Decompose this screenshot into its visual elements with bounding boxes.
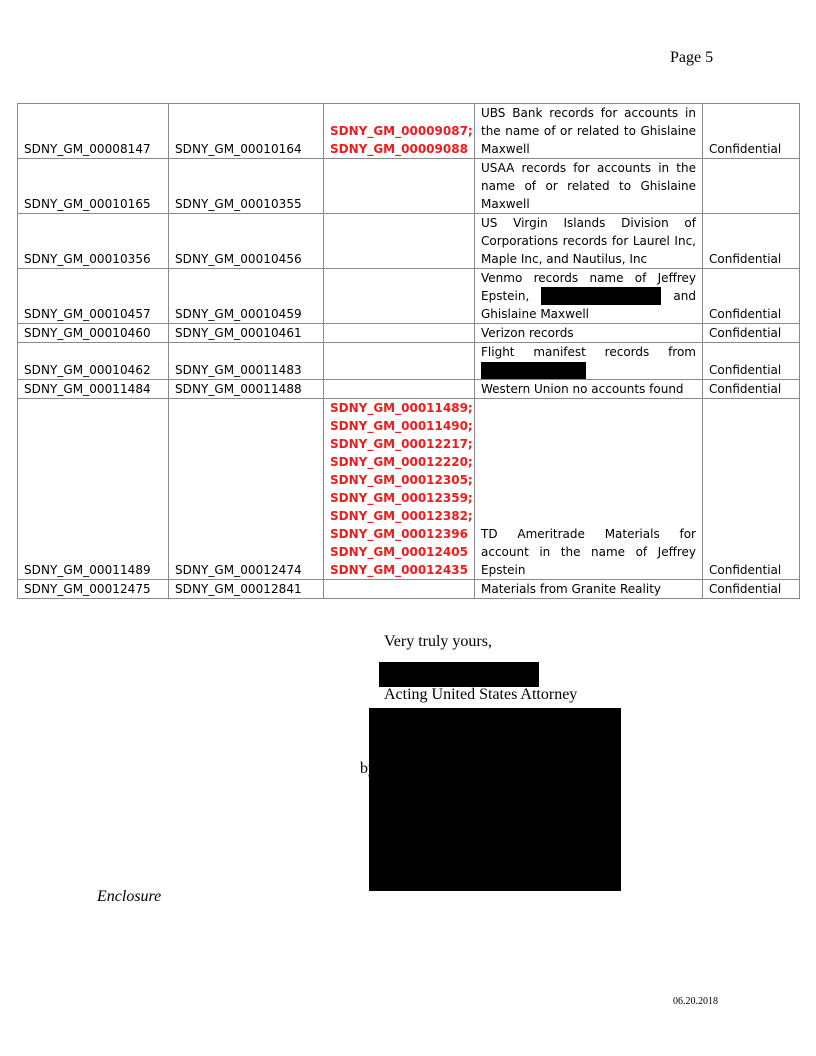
designation-cell: Confidential	[703, 214, 800, 269]
end-bates-cell: SDNY_GM_00011483	[169, 343, 324, 380]
table-row: SDNY_GM_00008147SDNY_GM_00010164SDNY_GM_…	[18, 104, 800, 159]
end-bates-cell: SDNY_GM_00010459	[169, 269, 324, 324]
begin-bates-cell: SDNY_GM_00010165	[18, 159, 169, 214]
prior-bates-number: SDNY_GM_00011489;	[330, 399, 468, 417]
table-row: SDNY_GM_00012475SDNY_GM_00012841Material…	[18, 580, 800, 599]
table-row: SDNY_GM_00010356SDNY_GM_00010456US Virgi…	[18, 214, 800, 269]
prior-bates-number: SDNY_GM_00012382;	[330, 507, 468, 525]
page-number: Page 5	[670, 49, 713, 67]
end-bates-cell: SDNY_GM_00010456	[169, 214, 324, 269]
description-text: USAA records for accounts in the name of…	[481, 159, 696, 213]
prior-bates-cell	[324, 214, 475, 269]
enclosure-label: Enclosure	[97, 888, 161, 906]
description-text: Materials from Granite Reality	[481, 580, 696, 598]
table-row: SDNY_GM_00010457SDNY_GM_00010459Venmo re…	[18, 269, 800, 324]
prior-bates-number: SDNY_GM_00012435	[330, 561, 468, 579]
description-cell: Flight manifest records from	[475, 343, 703, 380]
description-text: Verizon records	[481, 324, 696, 342]
end-bates-cell: SDNY_GM_00010355	[169, 159, 324, 214]
begin-bates-cell: SDNY_GM_00011489	[18, 399, 169, 580]
designation-cell: Confidential	[703, 580, 800, 599]
end-bates-cell: SDNY_GM_00012474	[169, 399, 324, 580]
table-row: SDNY_GM_00010462SDNY_GM_00011483Flight m…	[18, 343, 800, 380]
prior-bates-number: SDNY_GM_00012359;	[330, 489, 468, 507]
description-text: UBS Bank records for accounts in the nam…	[481, 104, 696, 158]
description-line	[481, 361, 696, 379]
begin-bates-cell: SDNY_GM_00010457	[18, 269, 169, 324]
prior-bates-number: SDNY_GM_00012305;	[330, 471, 468, 489]
description-text: and	[673, 287, 696, 305]
redacted-signer-name	[379, 662, 539, 687]
prior-bates-cell	[324, 324, 475, 343]
prior-bates-cell	[324, 343, 475, 380]
prior-bates-cell	[324, 380, 475, 399]
begin-bates-cell: SDNY_GM_00012475	[18, 580, 169, 599]
begin-bates-cell: SDNY_GM_00010460	[18, 324, 169, 343]
prior-bates-cell: SDNY_GM_00011489;SDNY_GM_00011490;SDNY_G…	[324, 399, 475, 580]
begin-bates-cell: SDNY_GM_00008147	[18, 104, 169, 159]
designation-cell: Confidential	[703, 343, 800, 380]
prior-bates-number: SDNY_GM_00012396	[330, 525, 468, 543]
begin-bates-cell: SDNY_GM_00011484	[18, 380, 169, 399]
prior-bates-cell	[324, 159, 475, 214]
table-row: SDNY_GM_00011489SDNY_GM_00012474SDNY_GM_…	[18, 399, 800, 580]
designation-cell: Confidential	[703, 269, 800, 324]
prior-bates-cell: SDNY_GM_00009087;SDNY_GM_00009088	[324, 104, 475, 159]
table-row: SDNY_GM_00010165SDNY_GM_00010355USAA rec…	[18, 159, 800, 214]
redacted-name	[541, 287, 661, 305]
description-cell: TD Ameritrade Materials for account in t…	[475, 399, 703, 580]
prior-bates-number: SDNY_GM_00012220;	[330, 453, 468, 471]
end-bates-cell: SDNY_GM_00010164	[169, 104, 324, 159]
description-line: Epstein,and	[481, 287, 696, 305]
description-line: Ghislaine Maxwell	[481, 305, 696, 323]
prior-bates-number: SDNY_GM_00009088	[330, 140, 468, 158]
table-row: SDNY_GM_00011484SDNY_GM_00011488Western …	[18, 380, 800, 399]
signer-title: Acting United States Attorney	[384, 686, 577, 704]
description-line: Flight manifest records from	[481, 343, 696, 361]
designation-cell: Confidential	[703, 104, 800, 159]
description-text: Epstein,	[481, 287, 529, 305]
prior-bates-number: SDNY_GM_00012217;	[330, 435, 468, 453]
prior-bates-cell	[324, 580, 475, 599]
description-cell: USAA records for accounts in the name of…	[475, 159, 703, 214]
end-bates-cell: SDNY_GM_00012841	[169, 580, 324, 599]
prior-bates-number: SDNY_GM_00012405	[330, 543, 468, 561]
closing-salutation: Very truly yours,	[384, 633, 492, 651]
redacted-signature-block	[369, 708, 621, 891]
prior-bates-cell	[324, 269, 475, 324]
begin-bates-cell: SDNY_GM_00010356	[18, 214, 169, 269]
description-cell: UBS Bank records for accounts in the nam…	[475, 104, 703, 159]
description-text: US Virgin Islands Division of Corporatio…	[481, 214, 696, 268]
prior-bates-number: SDNY_GM_00009087;	[330, 122, 468, 140]
description-cell: Verizon records	[475, 324, 703, 343]
begin-bates-cell: SDNY_GM_00010462	[18, 343, 169, 380]
end-bates-cell: SDNY_GM_00010461	[169, 324, 324, 343]
description-text: TD Ameritrade Materials for account in t…	[481, 525, 696, 579]
production-index-table: SDNY_GM_00008147SDNY_GM_00010164SDNY_GM_…	[17, 103, 800, 599]
footer-date: 06.20.2018	[673, 996, 718, 1007]
description-text: Western Union no accounts found	[481, 380, 696, 398]
designation-cell: Confidential	[703, 399, 800, 580]
description-cell: Venmo records name of JeffreyEpstein,and…	[475, 269, 703, 324]
redacted-source	[481, 362, 586, 379]
prior-bates-number: SDNY_GM_00011490;	[330, 417, 468, 435]
description-cell: Western Union no accounts found	[475, 380, 703, 399]
description-cell: Materials from Granite Reality	[475, 580, 703, 599]
designation-cell: Confidential	[703, 380, 800, 399]
description-line: Venmo records name of Jeffrey	[481, 269, 696, 287]
description-cell: US Virgin Islands Division of Corporatio…	[475, 214, 703, 269]
end-bates-cell: SDNY_GM_00011488	[169, 380, 324, 399]
table-row: SDNY_GM_00010460SDNY_GM_00010461Verizon …	[18, 324, 800, 343]
designation-cell: Confidential	[703, 324, 800, 343]
designation-cell	[703, 159, 800, 214]
